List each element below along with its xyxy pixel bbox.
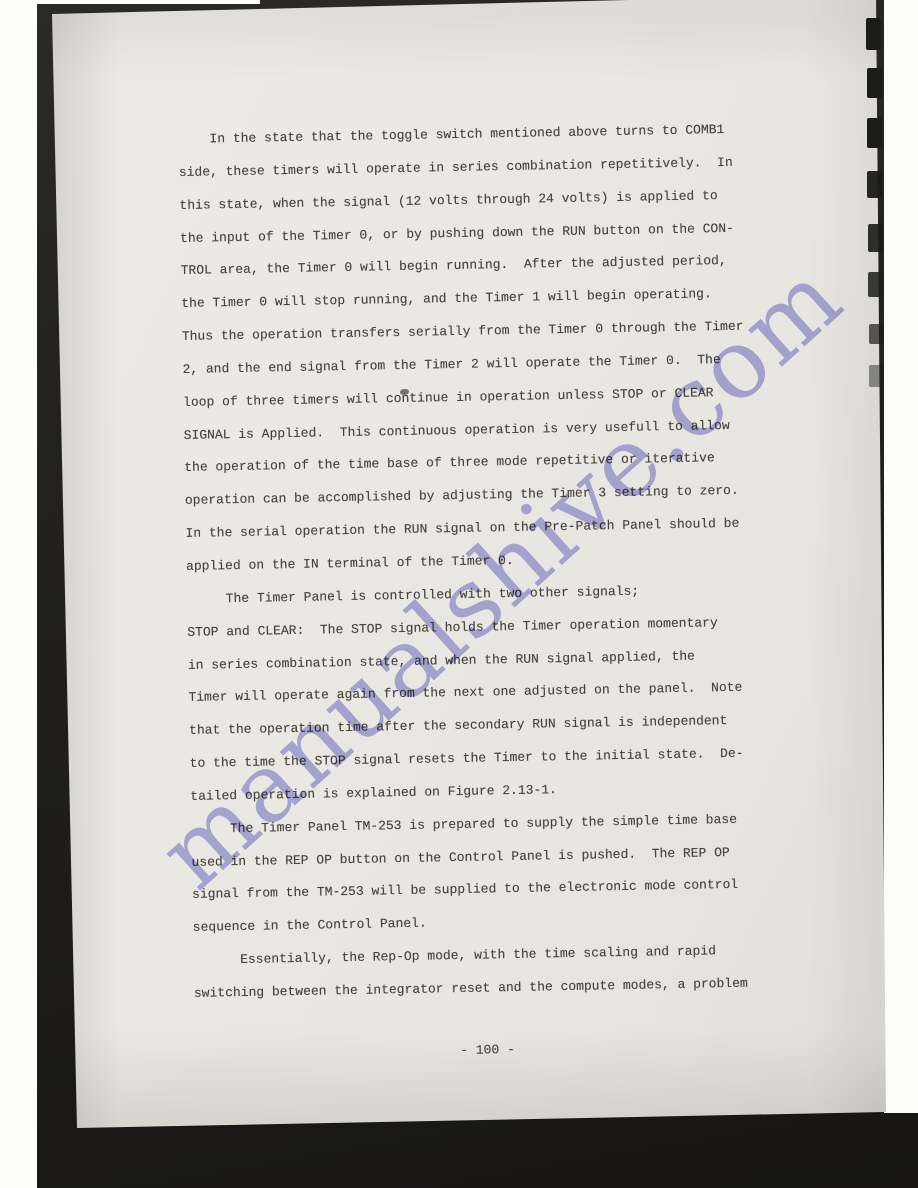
binding-mark bbox=[866, 18, 881, 50]
document-page: In the state that the toggle switch ment… bbox=[0, 0, 918, 1188]
binding-mark bbox=[867, 171, 882, 198]
scanned-page-photo: In the state that the toggle switch ment… bbox=[0, 0, 918, 1188]
binding-mark bbox=[869, 324, 884, 344]
scanner-bed-left-strip bbox=[0, 0, 37, 1188]
page-number: - 100 - bbox=[195, 1029, 781, 1073]
binding-mark bbox=[867, 118, 882, 148]
binding-mark bbox=[868, 224, 883, 252]
typewritten-text: In the state that the toggle switch ment… bbox=[178, 113, 794, 1011]
binding-mark bbox=[869, 365, 884, 387]
scanner-bed-top-sliver bbox=[0, 0, 260, 4]
binding-mark bbox=[867, 68, 882, 98]
scanner-bed-right-strip bbox=[884, 0, 918, 1113]
binding-mark bbox=[868, 272, 883, 297]
